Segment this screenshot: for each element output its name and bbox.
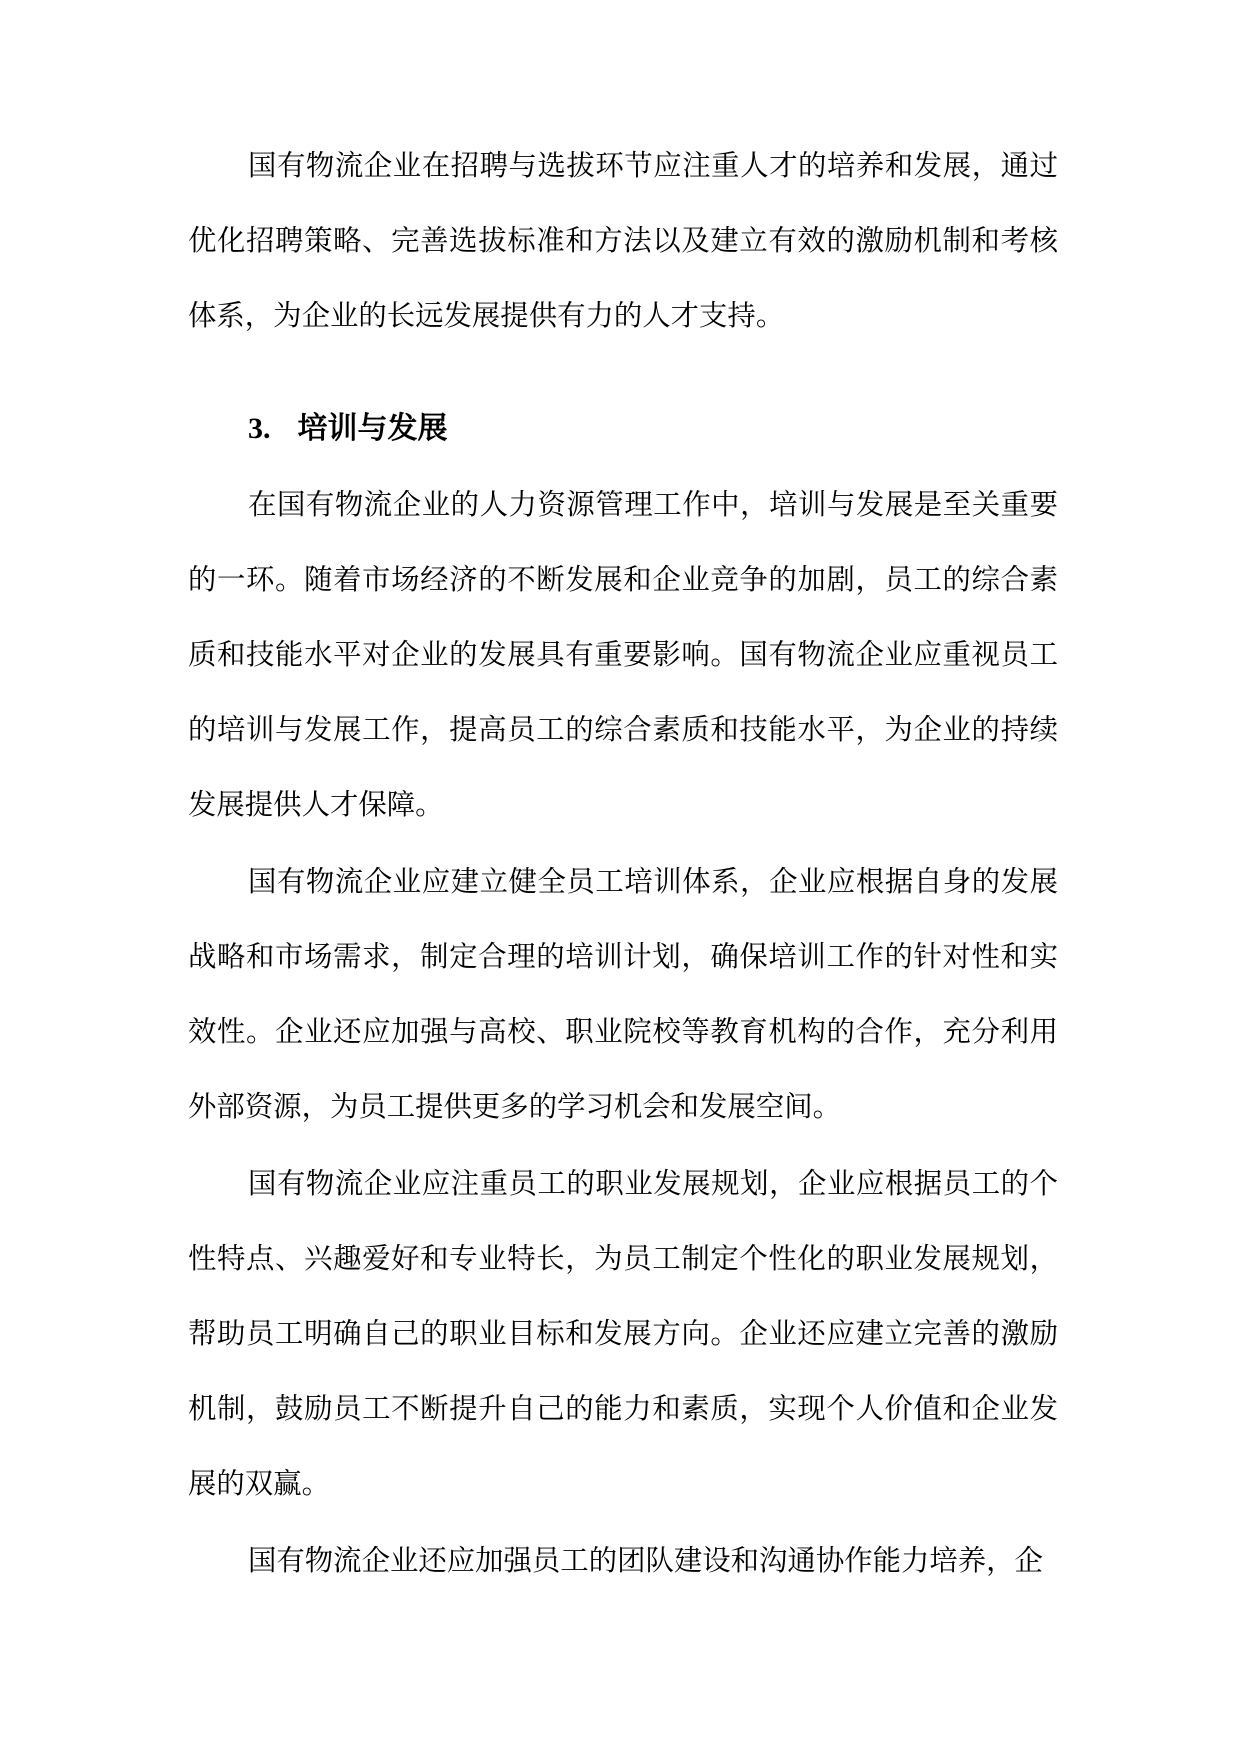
body-paragraph-partial: 国有物流企业还应加强员工的团队建设和沟通协作能力培养，企 [188, 1524, 1058, 1599]
section-heading: 3.培训与发展 [188, 391, 1058, 466]
document-page: 国有物流企业在招聘与选拔环节应注重人才的培养和发展，通过优化招聘策略、完善选拔标… [0, 0, 1241, 1754]
body-paragraph: 国有物流企业应建立健全员工培训体系，企业应根据自身的发展战略和市场需求，制定合理… [188, 845, 1058, 1145]
body-paragraph: 在国有物流企业的人力资源管理工作中，培训与发展是至关重要的一环。随着市场经济的不… [188, 468, 1058, 843]
body-paragraph: 国有物流企业应注重员工的职业发展规划，企业应根据员工的个性特点、兴趣爱好和专业特… [188, 1147, 1058, 1522]
intro-paragraph: 国有物流企业在招聘与选拔环节应注重人才的培养和发展，通过优化招聘策略、完善选拔标… [188, 129, 1058, 354]
heading-number: 3. [248, 412, 271, 445]
heading-title: 培训与发展 [298, 412, 448, 445]
document-content: 国有物流企业在招聘与选拔环节应注重人才的培养和发展，通过优化招聘策略、完善选拔标… [188, 0, 1058, 1599]
